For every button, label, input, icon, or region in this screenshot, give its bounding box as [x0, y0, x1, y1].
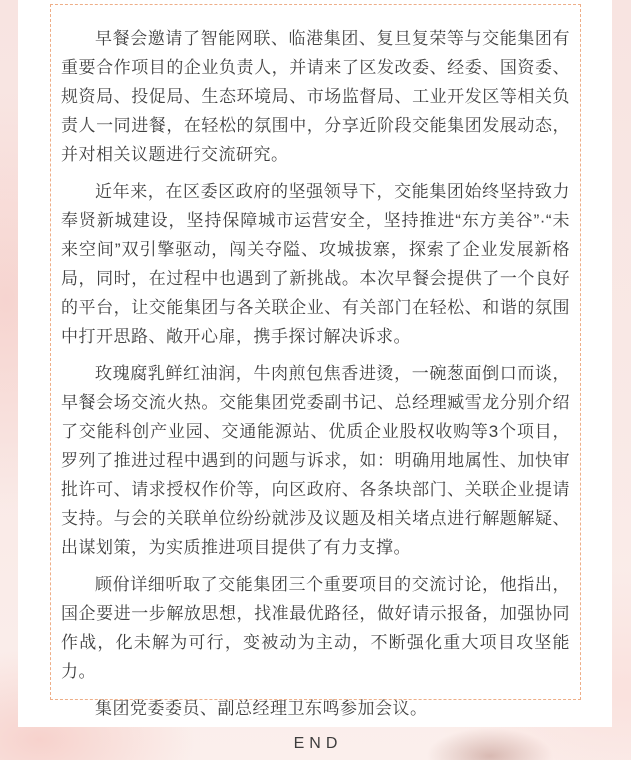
article-paragraph: 玫瑰腐乳鲜红油润，牛肉煎包焦香进烫，一碗葱面倒口而谈，早餐会场交流火热。交能集团…	[61, 359, 570, 562]
page-background: { "colors": { "page_background": "#f9e8e…	[0, 0, 631, 760]
article-paragraph: 顾佾详细听取了交能集团三个重要项目的交流讨论，他指出，国企要进一步解放思想，找准…	[61, 570, 570, 686]
article-paragraph: 集团党委委员、副总经理卫东鸣参加会议。	[61, 694, 570, 723]
article-paragraph: 近年来，在区委区政府的坚强领导下，交能集团始终坚持致力奉贤新城建设，坚持保障城市…	[61, 177, 570, 351]
article-card: 早餐会邀请了智能网联、临港集团、复旦复荣等与交能集团有重要合作项目的企业负责人，…	[18, 0, 612, 727]
dashed-frame: 早餐会邀请了智能网联、临港集团、复旦复荣等与交能集团有重要合作项目的企业负责人，…	[50, 4, 581, 700]
end-label: END	[289, 735, 343, 753]
article-paragraph: 早餐会邀请了智能网联、临港集团、复旦复荣等与交能集团有重要合作项目的企业负责人，…	[61, 24, 570, 169]
footer-end-bar: END	[0, 727, 631, 760]
